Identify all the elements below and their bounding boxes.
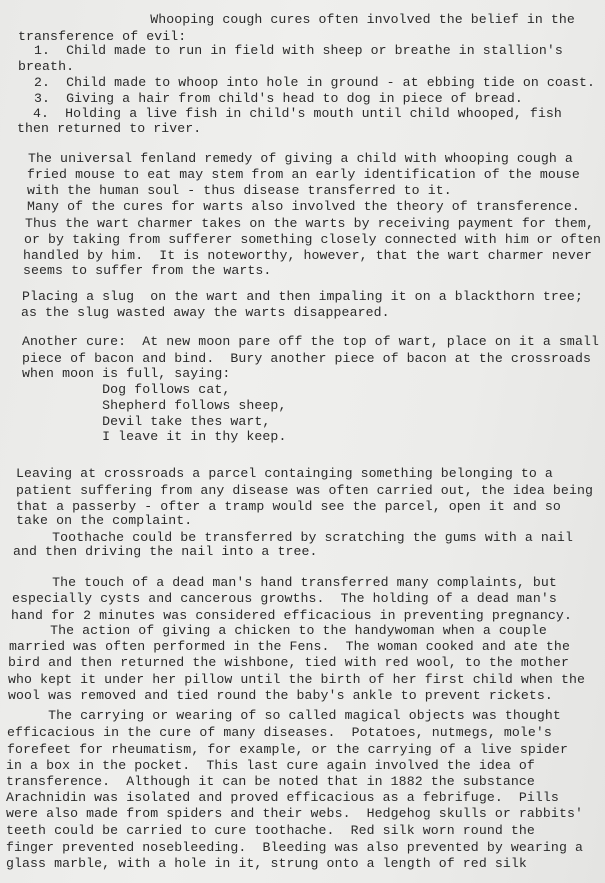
dead-mans-hand-line: who kept it under her pillow until the b… — [8, 672, 585, 688]
another-cure-line: piece of bacon and bind. Bury another pi… — [22, 351, 591, 367]
verse-line: Devil take thes wart, — [22, 414, 270, 430]
dead-mans-hand-line: transference. Although it can be noted t… — [6, 774, 535, 790]
fenland-mouse-line: Many of the cures for warts also involve… — [27, 199, 580, 215]
crossroads-parcel-line: and then driving the nail into a tree. — [13, 544, 318, 560]
dead-mans-hand-line: finger prevented nosebleeding. Bleeding … — [6, 840, 583, 856]
fenland-mouse-line: with the human soul - thus disease trans… — [27, 183, 452, 199]
dead-mans-hand-line: bird and then returned the wishbone, tie… — [8, 655, 569, 671]
dead-mans-hand-line: forefeet for rheumatism, for example, or… — [7, 742, 568, 758]
dead-mans-hand-line: The touch of a dead man's hand transferr… — [12, 575, 557, 591]
crossroads-parcel-line: patient suffering from any disease was o… — [16, 483, 593, 499]
dead-mans-hand-line: were also made from spiders and their we… — [6, 806, 583, 822]
dead-mans-hand-line: wool was removed and tied round the baby… — [8, 688, 553, 704]
dead-mans-hand-line: glass marble, with a hole in it, strung … — [6, 856, 527, 872]
dead-mans-hand-line: in a box in the pocket. This last cure a… — [6, 758, 535, 774]
dead-mans-hand-line: The carrying or wearing of so called mag… — [8, 708, 561, 724]
verse-line: Shepherd follows sheep, — [22, 398, 286, 414]
dead-mans-hand-line: teeth could be carried to cure toothache… — [6, 823, 535, 839]
fenland-mouse-line: Thus the wart charmer takes on the warts… — [25, 216, 594, 232]
typed-document-page: Whooping cough cures often involved the … — [0, 0, 605, 883]
dead-mans-hand-line: Arachnidin was isolated and proved effic… — [6, 790, 559, 806]
another-cure-line: Another cure: At new moon pare off the t… — [22, 334, 599, 350]
dead-mans-hand-line: married was often performed in the Fens.… — [9, 639, 570, 655]
slug-line: Placing a slug on the wart and then impa… — [22, 289, 583, 305]
dead-mans-hand-line: efficacious in the cure of many diseases… — [7, 725, 552, 741]
slug-line: as the slug wasted away the warts disapp… — [21, 305, 390, 321]
fenland-mouse-line: The universal fenland remedy of giving a… — [28, 151, 573, 167]
another-cure-line: when moon is full, saying: — [22, 366, 230, 382]
list-item-line: 4. Holding a live fish in child's mouth … — [17, 106, 562, 122]
dead-mans-hand-line: The action of giving a chicken to the ha… — [10, 623, 547, 639]
list-item-line: 1. Child made to run in field with sheep… — [18, 43, 563, 59]
verse-line: I leave it in thy keep. — [22, 429, 286, 445]
fenland-mouse-line: seems to suffer from the warts. — [23, 263, 271, 279]
fenland-mouse-line: fried mouse to eat may stem from an earl… — [27, 167, 580, 183]
dead-mans-hand-line: hand for 2 minutes was considered effica… — [11, 608, 572, 624]
list-item-line: then returned to river. — [17, 121, 201, 137]
list-item-line: breath. — [18, 59, 74, 75]
fenland-mouse-line: or by taking from sufferer something clo… — [24, 232, 601, 248]
list-item-line: 2. Child made to whoop into hole in grou… — [18, 75, 595, 91]
crossroads-parcel-line: take on the complaint. — [16, 513, 192, 529]
dead-mans-hand-line: especially cysts and cancerous growths. … — [12, 591, 557, 607]
whooping-intro-line: Whooping cough cures often involved the … — [30, 12, 575, 28]
fenland-mouse-line: handled by him. It is noteworthy, howeve… — [23, 248, 592, 264]
crossroads-parcel-line: Leaving at crossroads a parcel containgi… — [16, 466, 553, 482]
verse-line: Dog follows cat, — [22, 382, 230, 398]
list-item-line: 3. Giving a hair from child's head to do… — [18, 91, 523, 107]
